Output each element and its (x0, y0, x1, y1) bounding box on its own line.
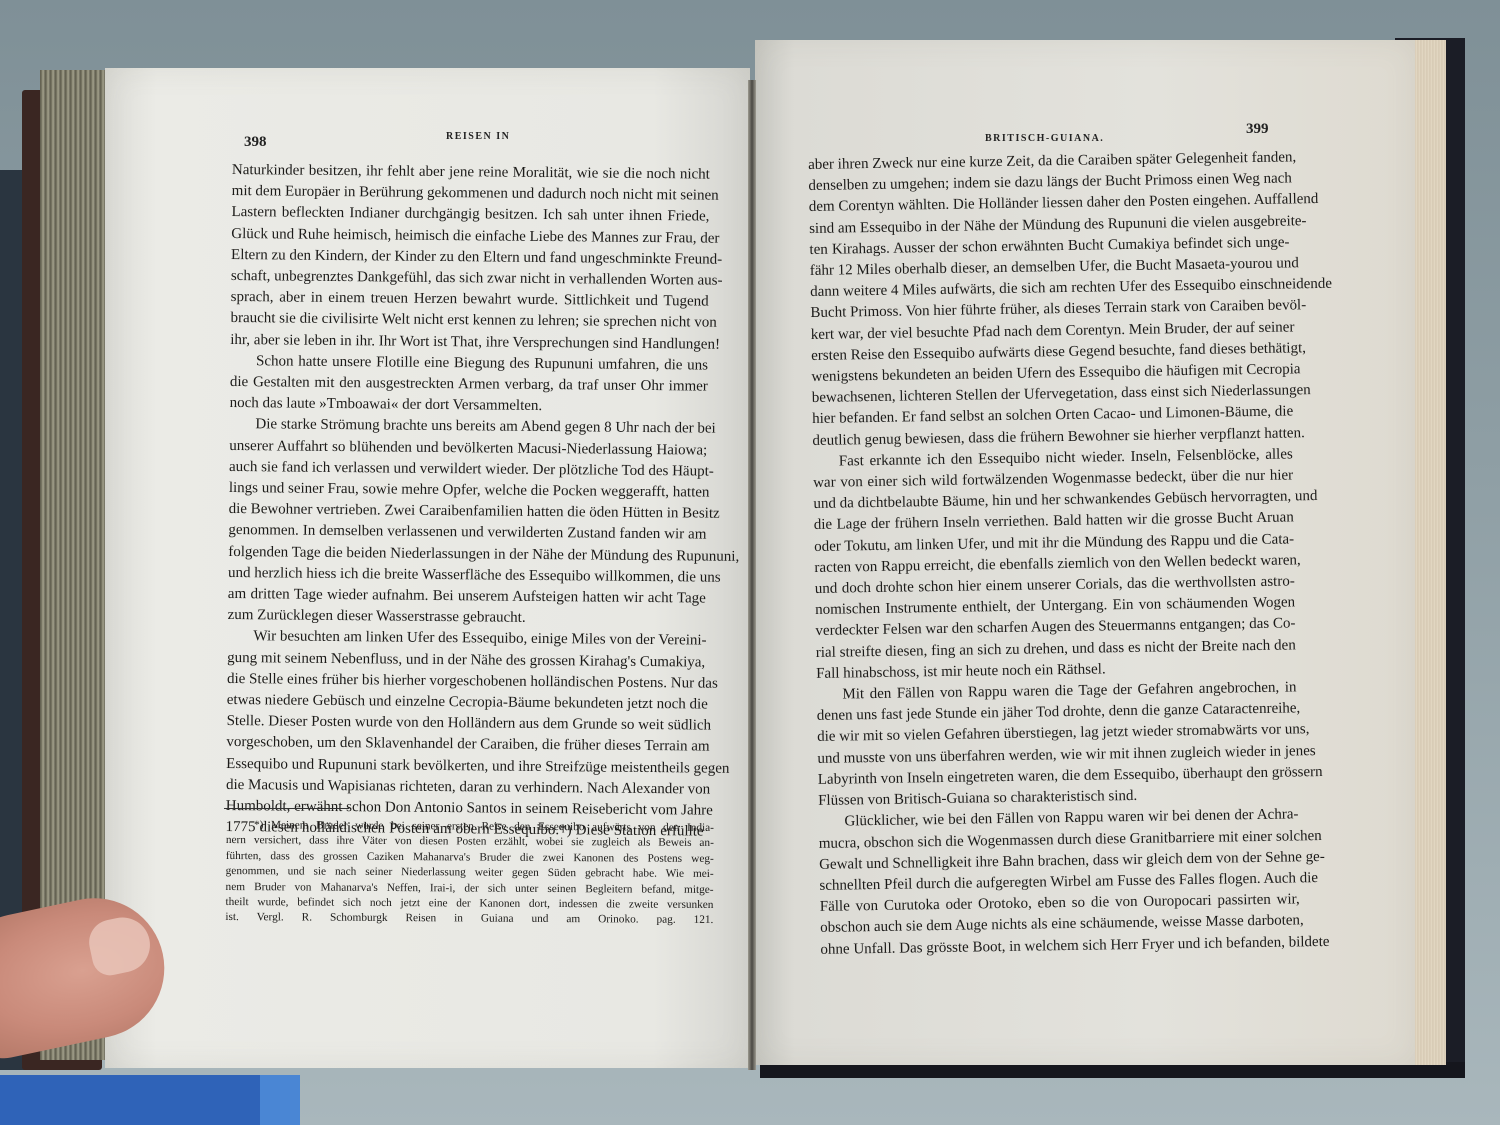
blue-object-light (260, 1075, 300, 1125)
page-number-right: 399 (1246, 121, 1269, 138)
page-number-left: 398 (244, 134, 267, 151)
footnote: *) Meinem Bruder wurde bei seiner ersten… (225, 818, 714, 929)
running-head-left: REISEN IN (446, 131, 510, 142)
book-gutter (748, 80, 756, 1070)
footnote-line: ist. Vergl. R. Schomburgk Reisen in Guia… (225, 910, 713, 928)
page-edges-right (1412, 40, 1446, 1065)
footnote-rule (224, 808, 349, 809)
left-page-body: Naturkinder besitzen, ihr fehlt aber jen… (225, 160, 709, 843)
right-page-body: aber ihren Zweck nur eine kurze Zeit, da… (808, 147, 1301, 960)
running-head-right: BRITISCH-GUIANA. (985, 133, 1104, 144)
blue-object (0, 1075, 300, 1125)
